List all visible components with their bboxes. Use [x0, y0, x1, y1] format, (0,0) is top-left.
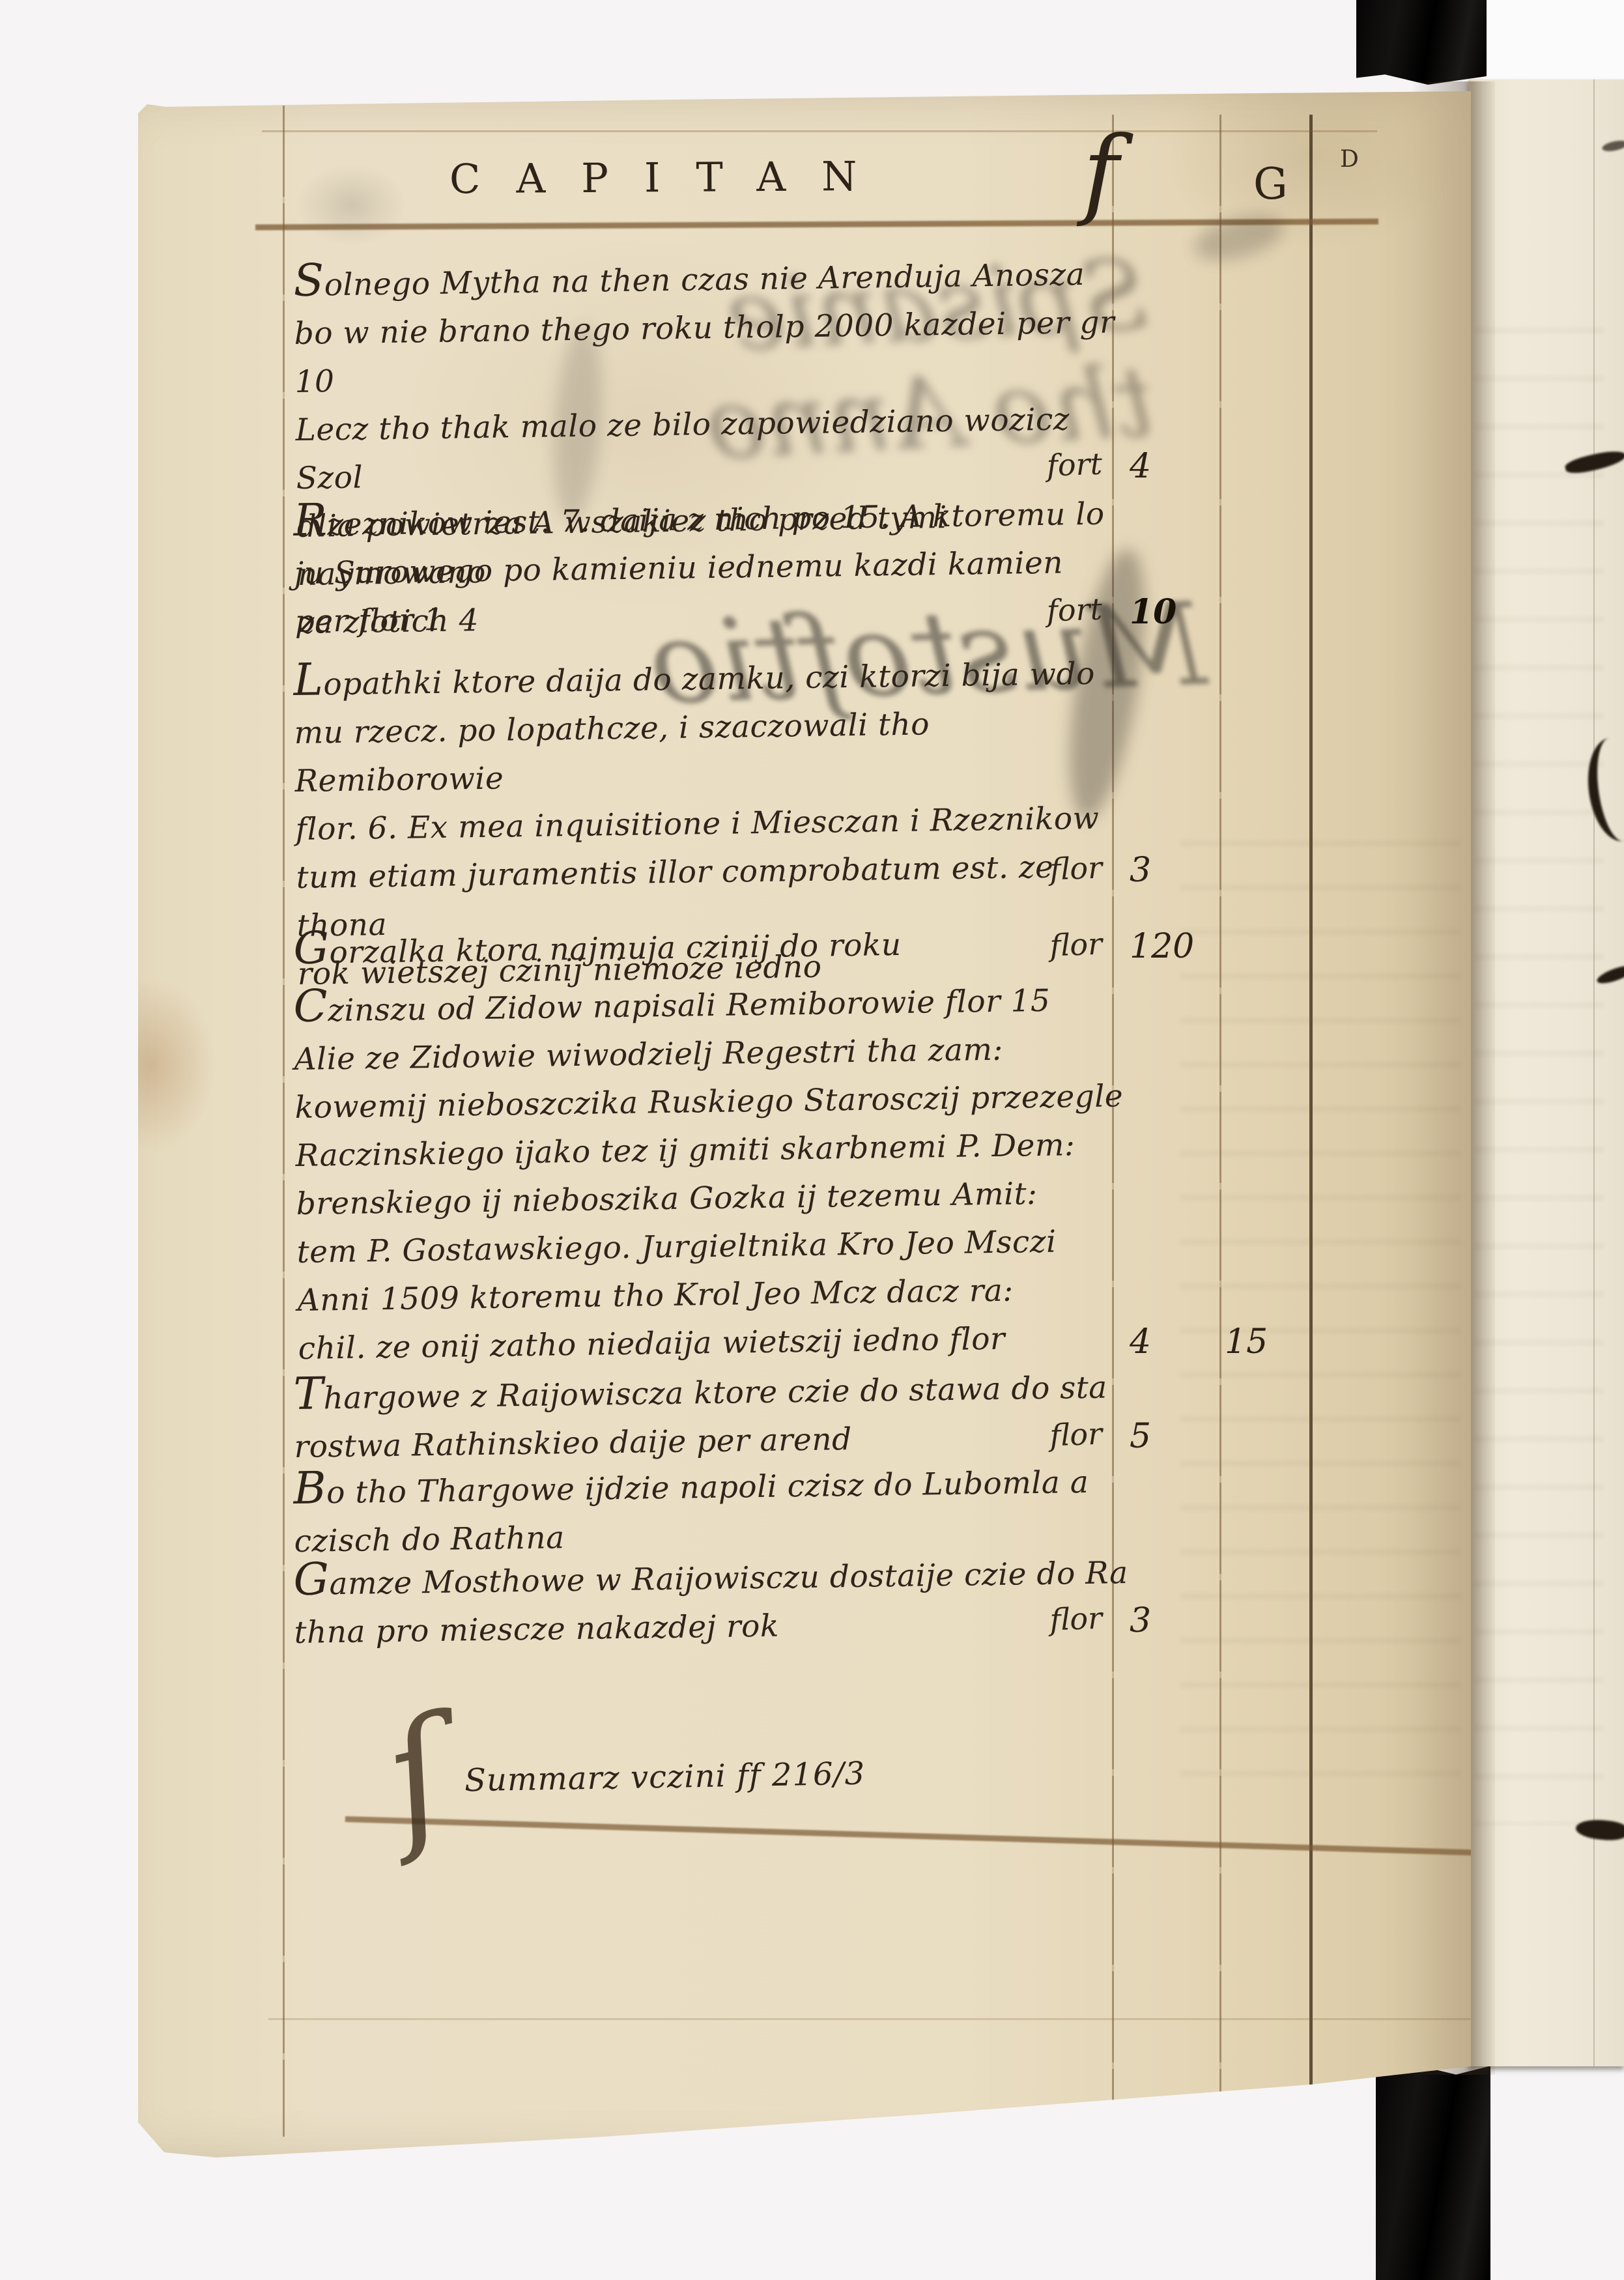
ledger-entry-text: Czinszu od Zidow napisali Remiborowie fl…: [293, 971, 1145, 1373]
column-header-denarii: D: [1340, 146, 1359, 173]
currency-label: flor: [939, 850, 1103, 891]
bleedthrough-texture: [1180, 840, 1460, 1785]
lower-margin-rule: [268, 2018, 1474, 2020]
column-header-grossi: G: [1253, 159, 1288, 209]
page-title: CAPITAN: [449, 152, 893, 203]
summary-total: Summarz vczini ff 216/3: [464, 1756, 866, 1799]
currency-label: flor: [939, 1416, 1103, 1457]
column-header-florins: f: [1083, 116, 1119, 229]
scanner-background-patch: [1484, 0, 1624, 88]
amount-florins: 3: [1130, 1601, 1227, 1640]
amount-florins: 5: [1130, 1417, 1227, 1456]
top-margin-rule: [262, 130, 1377, 132]
ledger-entry-text: Gamze Mosthowe w Raijowisczu dostaije cz…: [293, 1545, 1141, 1657]
currency-label: fort: [939, 591, 1103, 633]
currency-label: fort: [939, 446, 1103, 487]
manuscript-page: Spisanie tho Anno Mustoftio CAPITAN f G …: [138, 91, 1471, 2163]
calligraphic-flourish: ſ: [369, 1687, 465, 1869]
margin-rule-left: [283, 106, 285, 2137]
summary-underline-rule: [345, 1816, 1476, 1855]
amount-florins: 4: [1130, 1322, 1227, 1361]
currency-label: flor: [939, 1601, 1103, 1642]
scanned-manuscript: Spisanie tho Anno Mustoftio CAPITAN f G …: [0, 0, 1624, 2280]
amount-florins: 120: [1130, 927, 1227, 966]
amount-grossi: 15: [1225, 1322, 1322, 1361]
ink-mark: [1601, 139, 1624, 153]
binding-strip-top: [1356, 0, 1487, 85]
amount-florins: 4: [1130, 447, 1227, 486]
amount-florins: 10: [1130, 592, 1227, 632]
binding-strip-bottom: [1376, 2064, 1490, 2280]
ink-smudge: [1190, 207, 1289, 268]
amount-florins: 3: [1130, 851, 1227, 890]
currency-label: flor: [939, 926, 1103, 967]
